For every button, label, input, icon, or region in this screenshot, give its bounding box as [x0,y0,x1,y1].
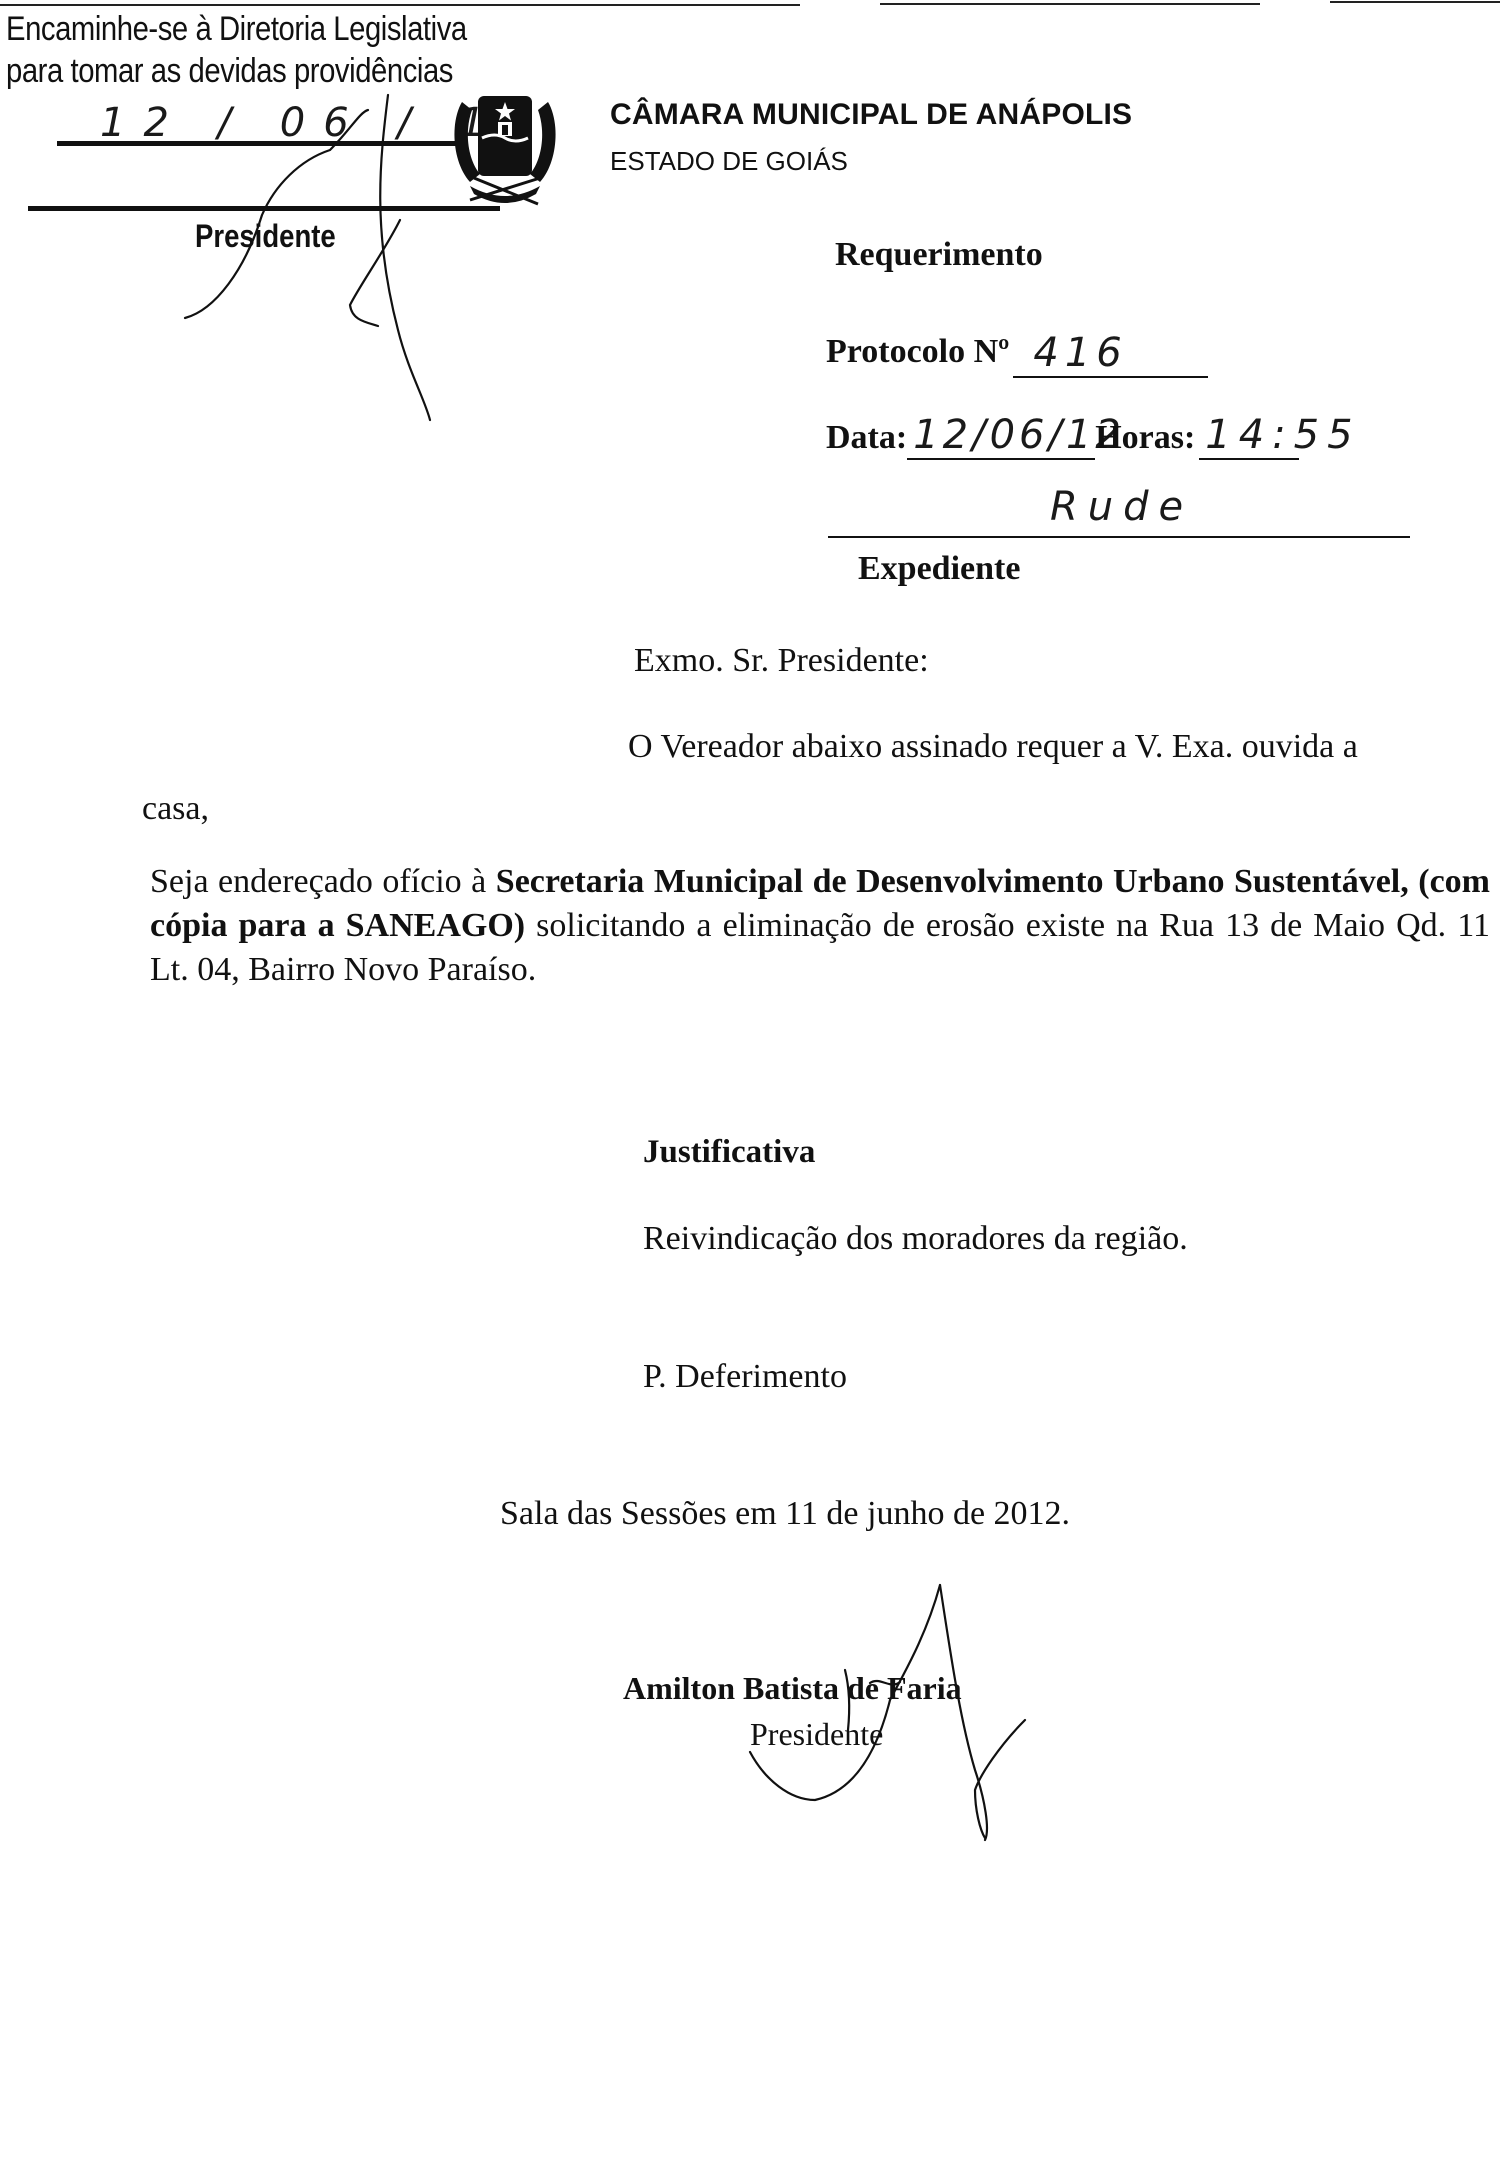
signatory-role: Presidente [750,1716,883,1753]
handwritten-signature [0,0,1,1]
institution-subtitle: ESTADO DE GOIÁS [610,146,848,177]
scan-artifact-line [1330,1,1500,3]
justification-text: Reivindicação dos moradores da região. [643,1220,1188,1258]
intro-line-1: O Vereador abaixo assinado requer a V. E… [628,728,1358,766]
request-paragraph: Seja endereçado ofício à Secretaria Muni… [150,860,1490,992]
stamp-signature-label: Presidente [195,218,336,255]
dispatch-label: Expediente [858,550,1020,588]
hours-label: Horas: [1095,419,1195,456]
signatory-name: Amilton Batista de Faria [623,1670,962,1707]
protocol-label: Protocolo Nº [826,333,1009,370]
hours-value: 14:55 [1205,412,1360,458]
protocol-number-value: 416 [1033,330,1127,376]
date-label: Data: [826,419,907,456]
justification-heading: Justificativa [643,1134,815,1171]
date-hours-row: Data:12/06/12Horas: 14:55 [826,412,1299,460]
stamp-date-rule [57,141,462,146]
salutation: Exmo. Sr. Presidente: [634,642,929,680]
scan-artifact-line [880,3,1260,5]
date-field: 12/06/12 [907,412,1095,460]
intro-line-2: casa, [142,790,209,828]
stamp-line-1: Encaminhe-se à Diretoria Legislativa [6,10,467,49]
request-text-1: Seja endereçado ofício à [150,863,496,900]
hours-field: 14:55 [1199,412,1299,460]
city-coat-of-arms-icon [440,82,570,212]
protocol-number-field: 416 [1013,330,1208,378]
date-value: 12/06/12 [913,412,1125,458]
stamp-line-2: para tomar as devidas providências [6,52,453,91]
scan-artifact-line [0,4,800,6]
closing: P. Deferimento [643,1358,847,1396]
place-date: Sala das Sessões em 11 de junho de 2012. [500,1495,1070,1533]
document-type: Requerimento [835,236,1043,274]
institution-title: CÂMARA MUNICIPAL DE ANÁPOLIS [610,98,1132,132]
dispatch-rule [828,536,1410,538]
dispatch-initials: Rude [1050,484,1193,530]
protocol-row: Protocolo Nº 416 [826,326,1208,374]
